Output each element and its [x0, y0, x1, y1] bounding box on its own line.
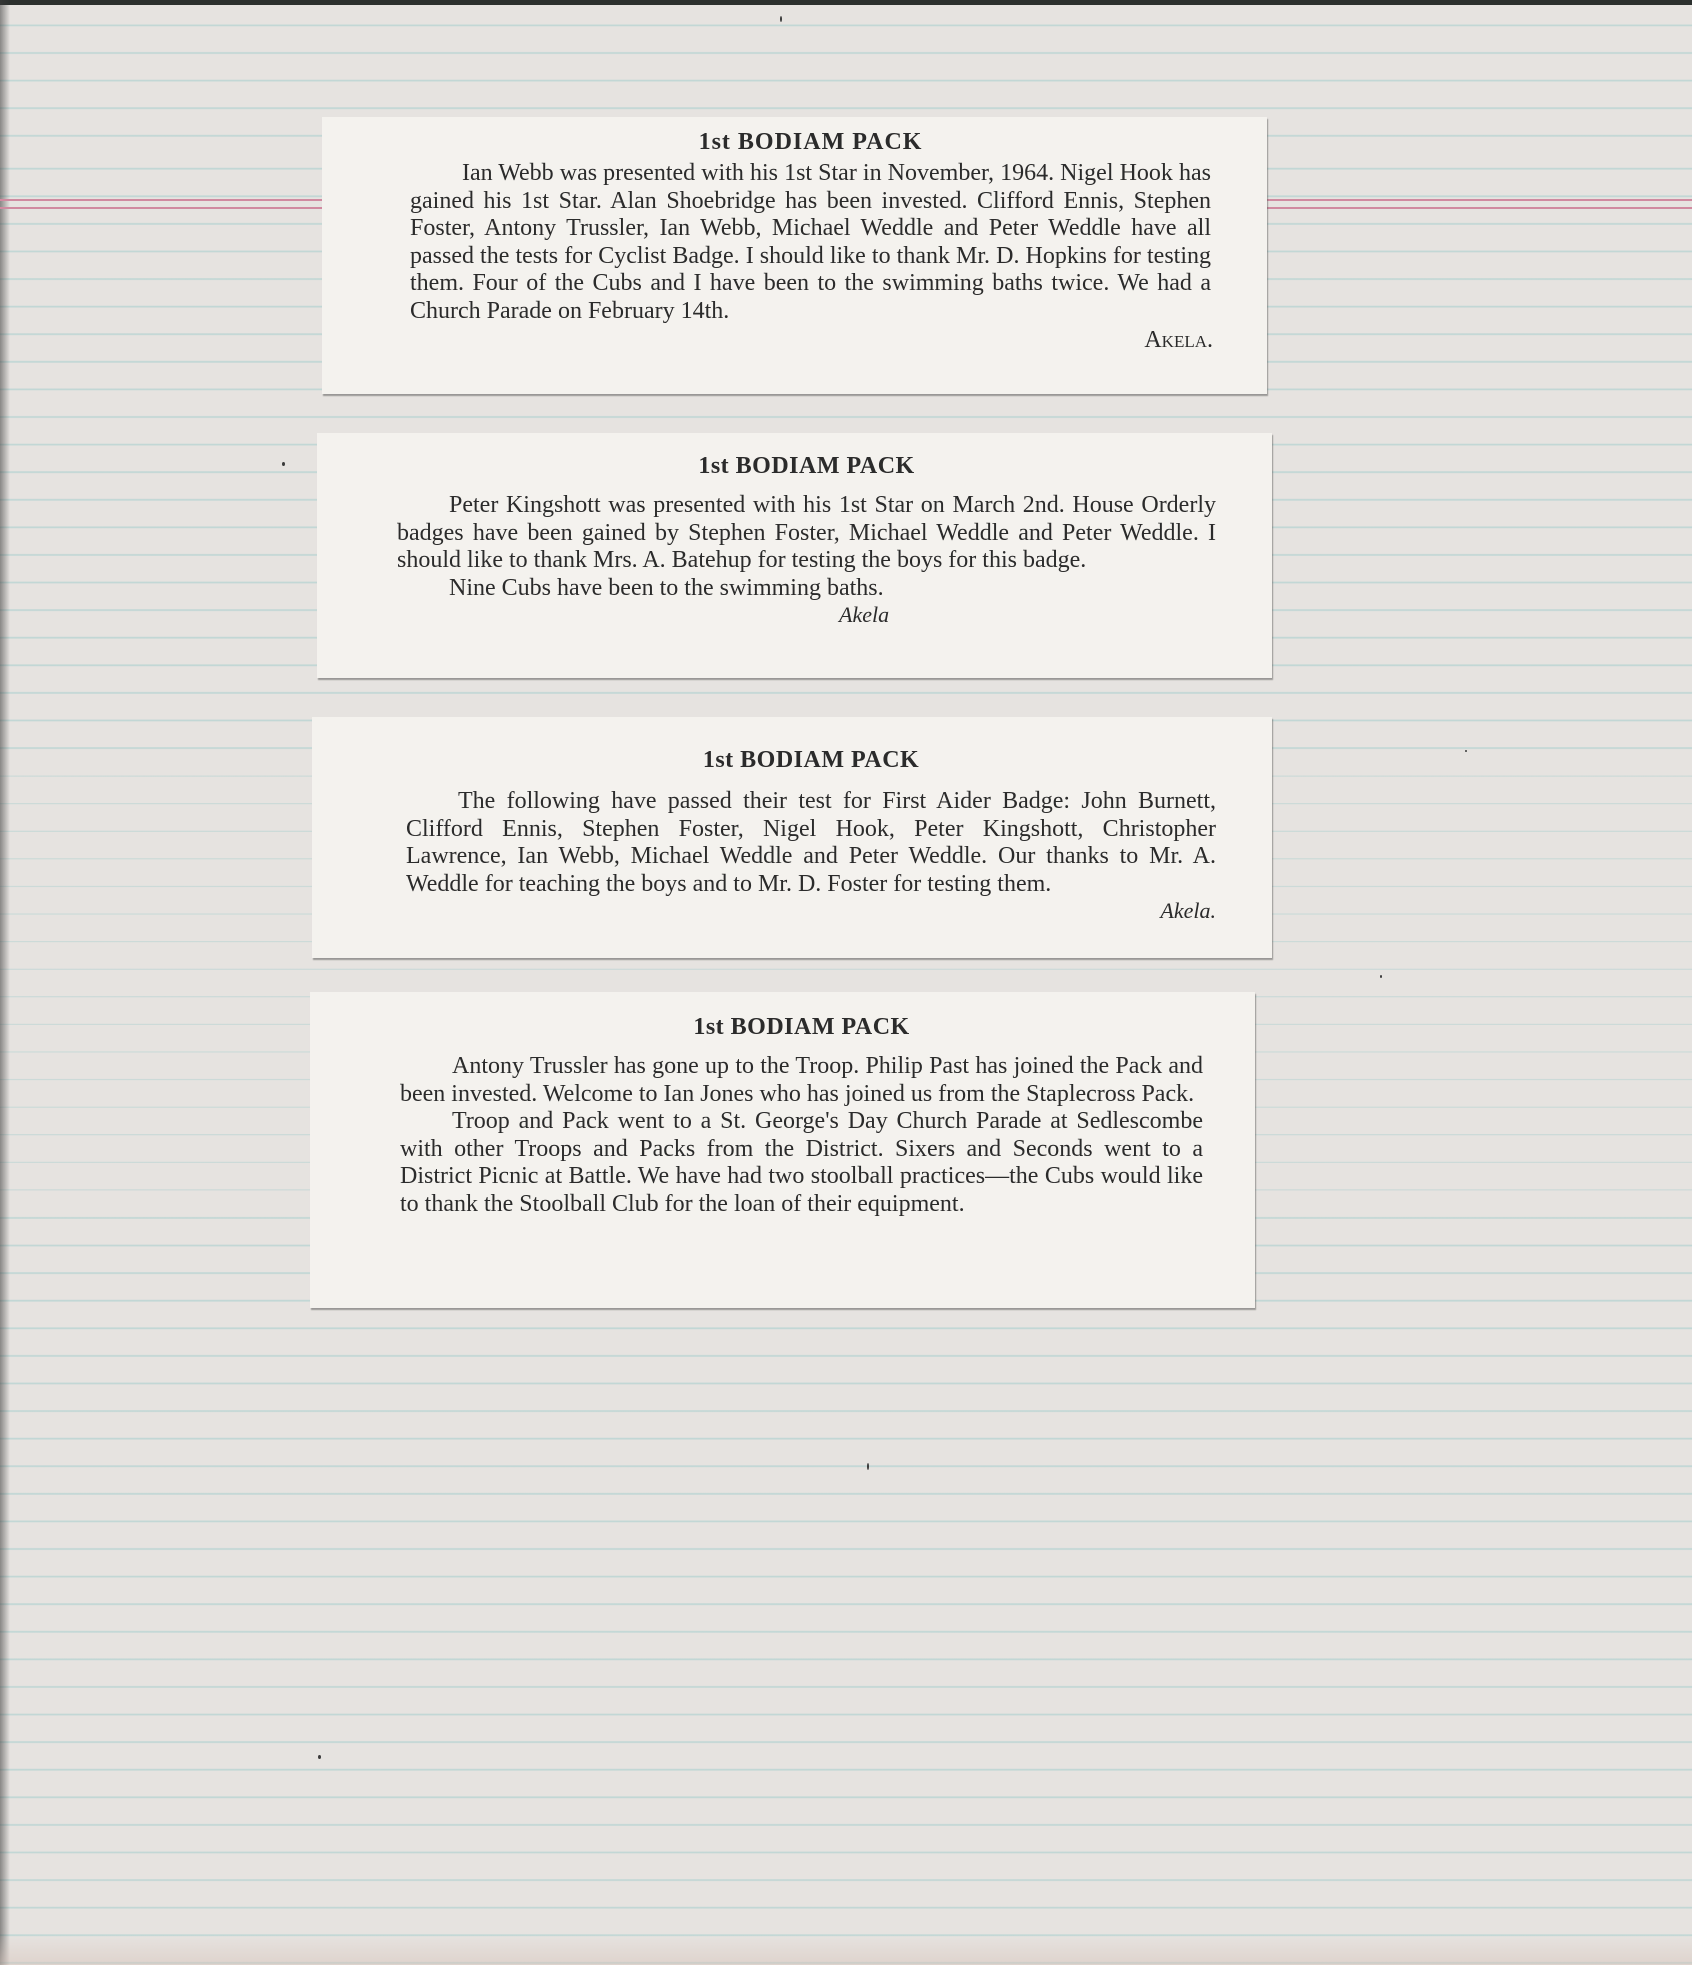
clipping-paragraph: Ian Webb was presented with his 1st Star…: [410, 160, 1211, 325]
paper-speck: [318, 1755, 321, 1759]
paper-speck: [867, 1463, 869, 1470]
clipping-title: 1st BODIAM PACK: [410, 129, 1211, 156]
clipping-paragraph: Antony Trussler has gone up to the Troop…: [400, 1053, 1203, 1108]
clipping-body: Ian Webb was presented with his 1st Star…: [410, 160, 1211, 325]
page-top-edge: [0, 0, 1692, 5]
newspaper-clipping-1: 1st BODIAM PACK Ian Webb was presented w…: [322, 117, 1267, 394]
paper-speck: [282, 462, 285, 466]
paper-speck: [1465, 750, 1467, 752]
clipping-title: 1st BODIAM PACK: [406, 747, 1216, 774]
clipping-paragraph: Nine Cubs have been to the swimming bath…: [397, 575, 1216, 603]
clipping-paragraph: Troop and Pack went to a St. George's Da…: [400, 1108, 1203, 1218]
newspaper-clipping-4: 1st BODIAM PACK Antony Trussler has gone…: [310, 992, 1255, 1308]
clipping-signature: Akela.: [410, 327, 1213, 354]
newspaper-clipping-3: 1st BODIAM PACK The following have passe…: [312, 717, 1272, 958]
page-bottom-tint: [0, 1935, 1692, 1965]
spine-shadow: [0, 0, 10, 1965]
clipping-paragraph: Peter Kingshott was presented with his 1…: [397, 492, 1216, 575]
paper-speck: [1380, 975, 1382, 978]
clipping-body: The following have passed their test for…: [406, 788, 1216, 898]
clipping-signature: Akela: [397, 602, 1216, 628]
clipping-title: 1st BODIAM PACK: [397, 453, 1216, 480]
newspaper-clipping-2: 1st BODIAM PACK Peter Kingshott was pres…: [317, 433, 1272, 678]
clipping-body: Peter Kingshott was presented with his 1…: [397, 492, 1216, 602]
clipping-paragraph: The following have passed their test for…: [406, 788, 1216, 898]
clipping-title: 1st BODIAM PACK: [400, 1014, 1203, 1041]
paper-speck: [780, 16, 782, 22]
scrapbook-page: 1st BODIAM PACK Ian Webb was presented w…: [0, 0, 1692, 1965]
clipping-signature: Akela.: [406, 898, 1216, 924]
clipping-body: Antony Trussler has gone up to the Troop…: [400, 1053, 1203, 1218]
